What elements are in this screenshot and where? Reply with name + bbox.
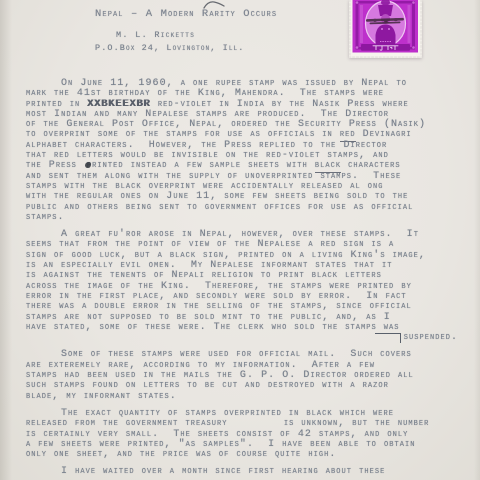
letter-body: On June 11, 1960, a one rupee stamp was …: [26, 79, 472, 480]
paragraph: On June 11, 1960, a one rupee stamp was …: [26, 79, 472, 223]
text-segment: only one sheet, and the price was of cou…: [26, 449, 336, 460]
text-segment: stamps.: [26, 212, 65, 223]
text-segment: public and others being sent to governme…: [26, 202, 413, 213]
text-line: stamps.: [26, 213, 472, 223]
stamp-country-band: [361, 44, 410, 51]
suspended-word: suspended.: [400, 333, 458, 343]
author-name: M. L. Ricketts: [116, 30, 195, 40]
text-line: suspended.: [26, 333, 472, 343]
paragraph: The exact quantity of stamps overprinted…: [26, 409, 472, 460]
text-line: only one sheet, and the price was of cou…: [26, 450, 472, 460]
page-title: Nepal – A Modern Rarity Occurs: [95, 8, 277, 20]
text-line: blade, my informant states.: [26, 392, 472, 402]
paragraph: I have waited over a month since first h…: [26, 467, 472, 477]
text-segment: blade, my informant states.: [26, 391, 177, 402]
text-line: I have waited over a month since first h…: [26, 467, 472, 477]
stamp-image: [349, 0, 422, 58]
text-line: public and others being sent to governme…: [26, 203, 472, 213]
paragraph: Some of these stamps were used for offic…: [26, 350, 472, 401]
document-page: Nepal – A Modern Rarity Occurs M. L. Ric…: [0, 0, 480, 480]
text-segment: I have waited over a month since first h…: [61, 466, 385, 477]
paragraph: A great fu'ror arose in Nepal, however, …: [26, 230, 472, 343]
text-segment: have stated, some of these were. The cle…: [26, 322, 400, 333]
author-address: P.O.Box 24, Lovington, Ill.: [95, 43, 244, 53]
